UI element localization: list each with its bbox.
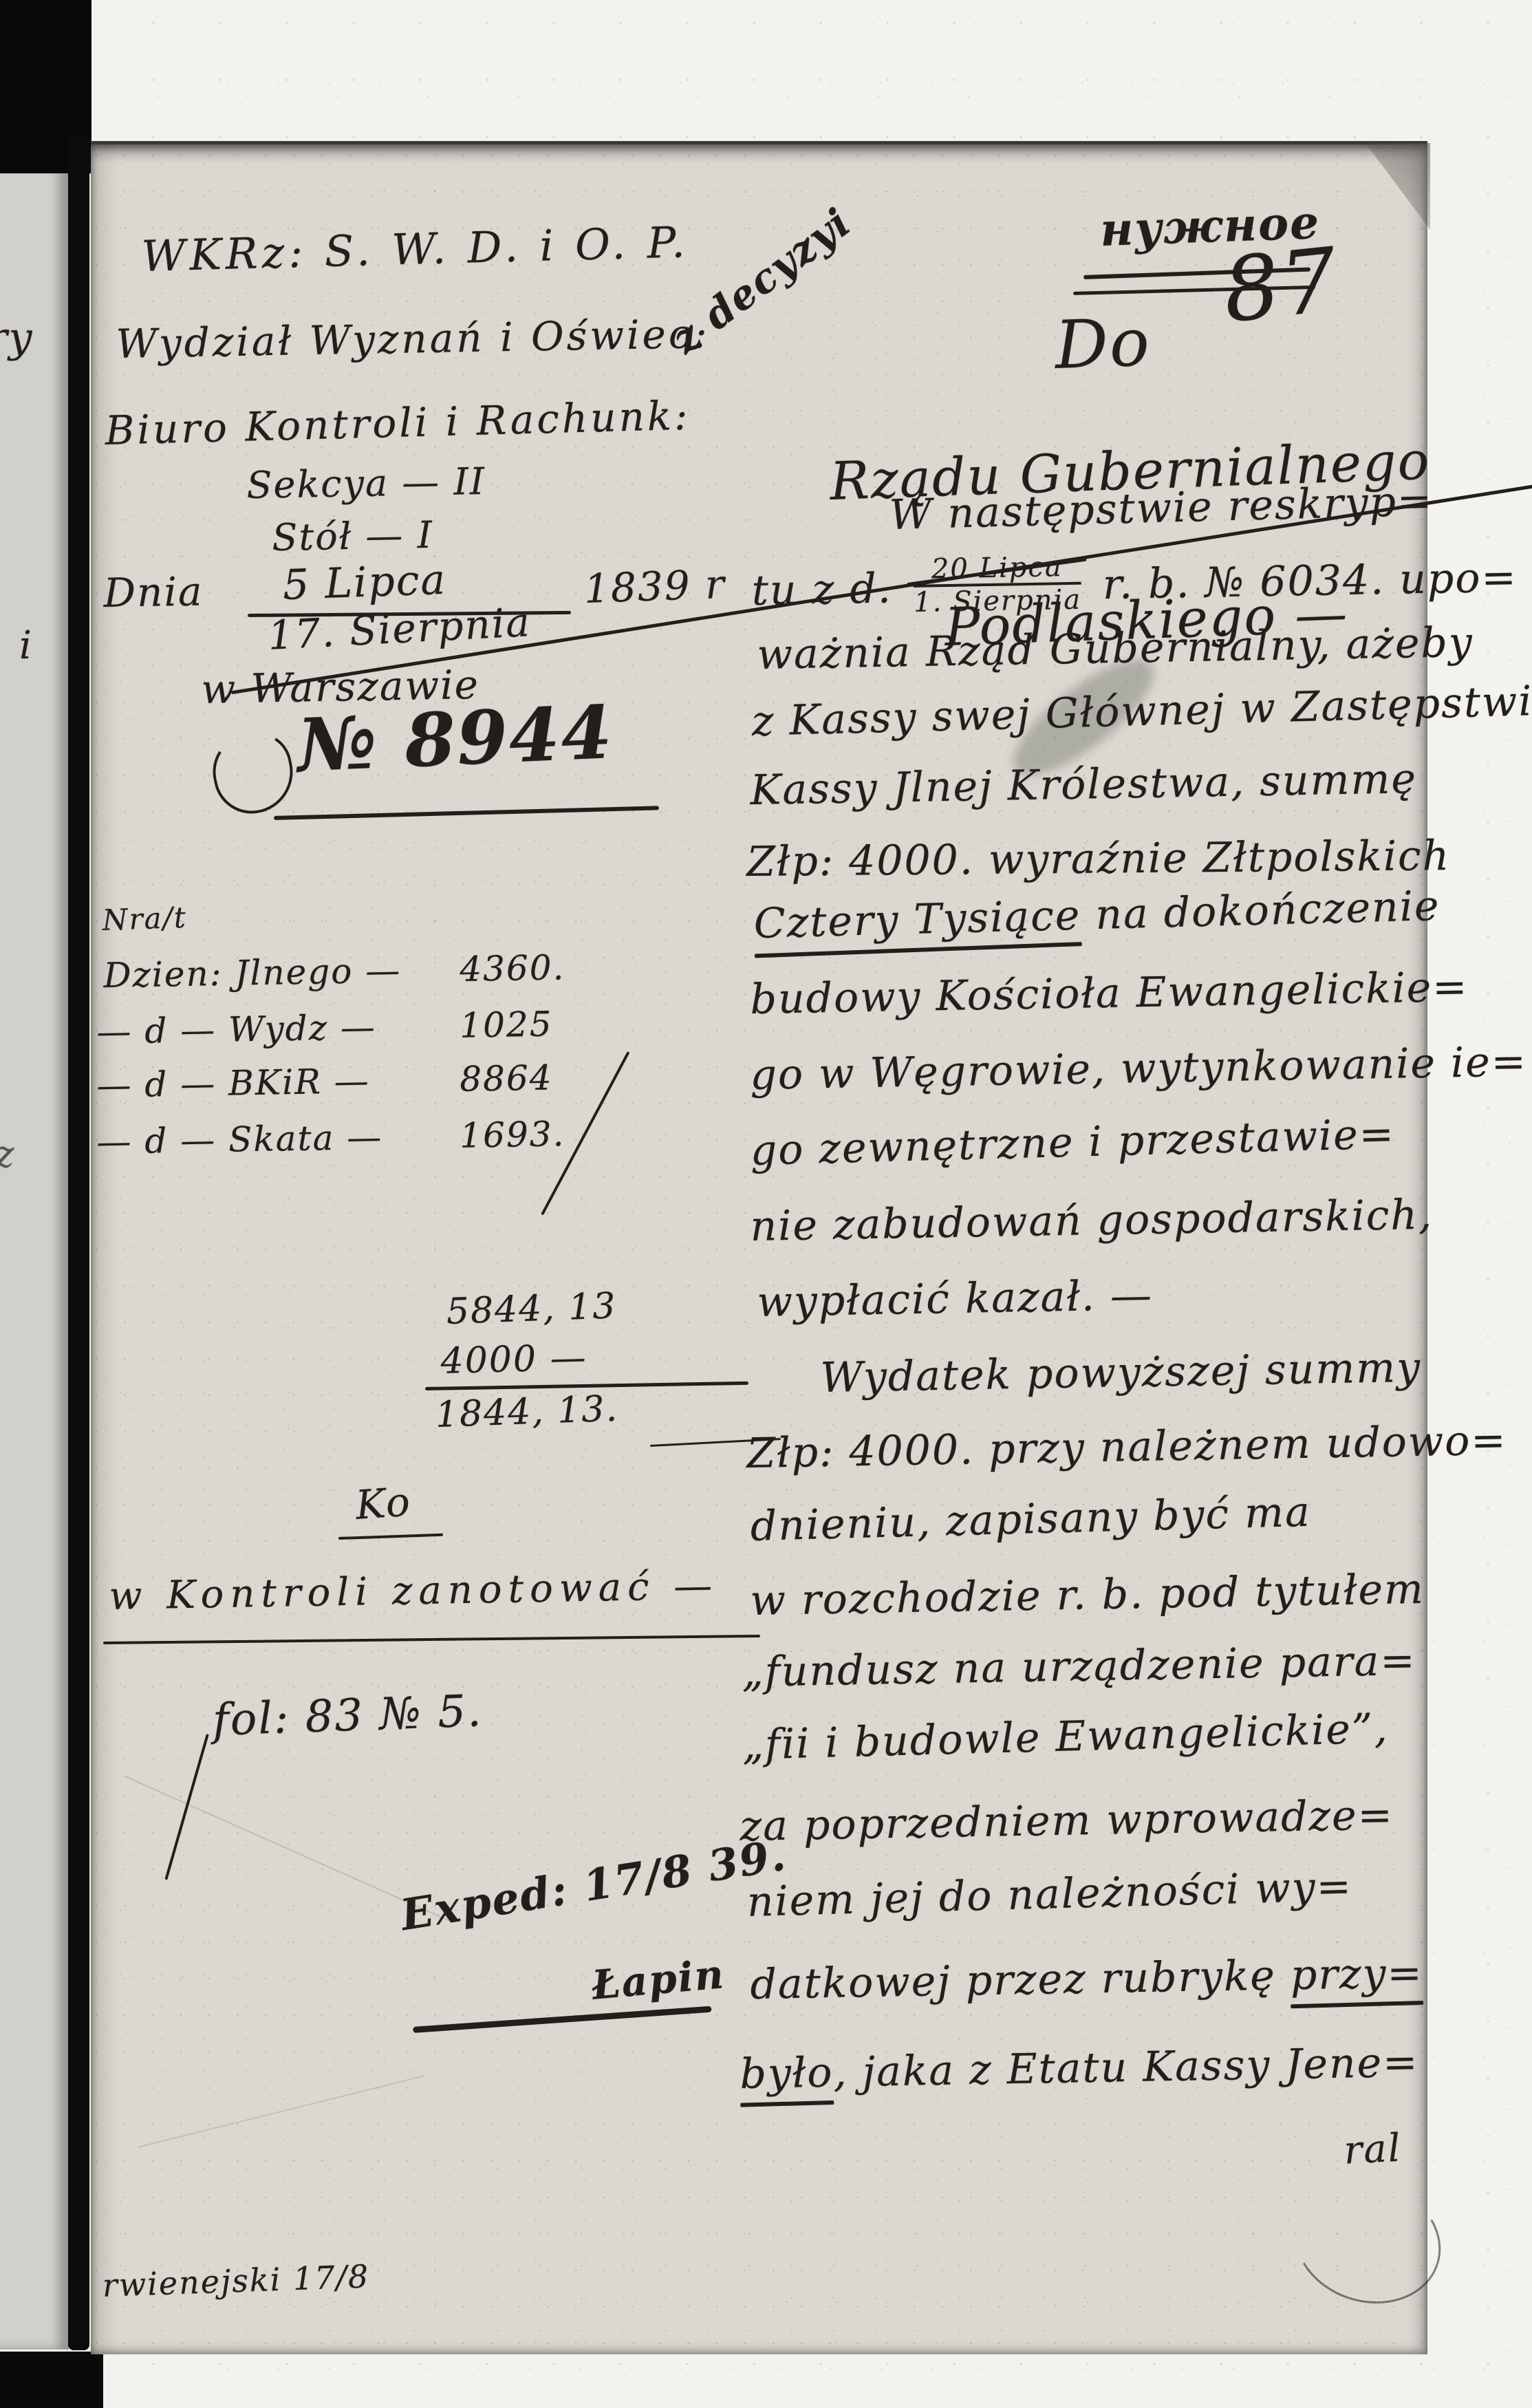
registry-row-label: — d — Skata — [96, 1118, 448, 1160]
exped-signature: Łapin [590, 1953, 726, 2007]
registry-row-value: 8864 [460, 1057, 553, 1099]
sum-subtrahend: 4000 — [440, 1339, 587, 1380]
body-line-suffix: r. b. № 6034. upo= [1102, 554, 1518, 610]
registry-row-value: 1693. [460, 1114, 565, 1156]
body-line: Kassy Jlnej Królestwa, summę [750, 757, 1417, 813]
control-monogram: Ko [354, 1481, 413, 1526]
prev-page-fragment: i [19, 626, 33, 667]
registry-row-value: 4360. [460, 947, 565, 989]
dual-date-fraction: 20 Lipca 1. Sierpnia [913, 553, 1081, 616]
sum-result: 1844, 13. [435, 1390, 619, 1434]
body-line: za poprzedniem wprowadze= [740, 1794, 1394, 1849]
body-line-prefix: tu z d. [751, 564, 892, 615]
sender-desk: Stół — I [272, 516, 433, 558]
control-note: w Kontroli zanotować — [109, 1567, 719, 1617]
sender-section: Sekcya — II [246, 462, 486, 506]
control-folio-ref: fol: 83 № 5. [212, 1688, 483, 1744]
clerk-note: rwienejski 17/8 [102, 2259, 370, 2302]
dual-date-old: 20 Lipca [913, 553, 1081, 588]
registry-row-value: 1025 [460, 1004, 553, 1045]
scan-corner-black-bottomleft [0, 2352, 103, 2408]
registry-row: — d — BKiR — 8864 [96, 1060, 553, 1104]
body-underlined-bylo: było [740, 2049, 834, 2098]
registry-row: — d — Wydz — 1025 [96, 1006, 553, 1050]
prev-page-sliver: ry i z [0, 158, 69, 2350]
date-year: 1839 r [583, 563, 726, 610]
body-line: Wydatek powyższej summy [820, 1346, 1422, 1400]
registry-row-label: — d — Wydz — [96, 1008, 448, 1050]
binding-gutter-bar [68, 135, 89, 2350]
body-line-rest: datkowej przez rubrykę [750, 1951, 1291, 2009]
body-line-rest: na dokończenie [1080, 882, 1441, 940]
dual-date-new: 1. Sierpnia [914, 585, 1082, 616]
prev-page-fragment: z [0, 1135, 15, 1174]
sender-office-line2: Wydział Wyznań i Oświec: [116, 313, 710, 365]
folio-number: 87 [1219, 235, 1343, 338]
scanned-document: ry i z нужное 87 z decyzyi Do Rządu Gube… [0, 0, 1532, 2408]
prev-page-fragment: ry [0, 316, 34, 360]
registry-header: Nra/t [102, 903, 187, 936]
body-line: nie zabudowań gospodarskich, [750, 1194, 1434, 1249]
body-line: w rozchodzie r. b. pod tytułem [750, 1568, 1425, 1623]
date-word: Dnia [103, 570, 204, 614]
catchword: ral [1343, 2129, 1403, 2172]
body-line: „fundusz na urządzenie para= [742, 1640, 1416, 1695]
body-line-rest: , jaka z Etatu Kassy Jene= [833, 2039, 1419, 2097]
recipient-to: Do [1054, 308, 1152, 380]
registry-row-label: — d — BKiR — [96, 1062, 448, 1104]
registry-row: — d — Skata — 1693. [96, 1116, 565, 1160]
doc-number: № 8944 [296, 694, 615, 784]
body-line: Złp: 4000. wyraźnie Złtpolskich [746, 835, 1450, 884]
registry-row-label: Dzien: Jlnego — [103, 952, 448, 993]
sum-minuend: 5844, 13 [446, 1287, 617, 1331]
registry-row: Dzien: Jlnego — 4360. [103, 949, 565, 993]
body-line: było, jaka z Etatu Kassy Jene= [740, 2041, 1419, 2096]
body-underlined-przy: przy= [1290, 1949, 1423, 1999]
body-line: datkowej przez rubrykę przy= [750, 1952, 1423, 2007]
body-underlined-sum: Cztery Tysiące [753, 892, 1081, 948]
body-line: wypłacić kazał. — [757, 1274, 1153, 1324]
